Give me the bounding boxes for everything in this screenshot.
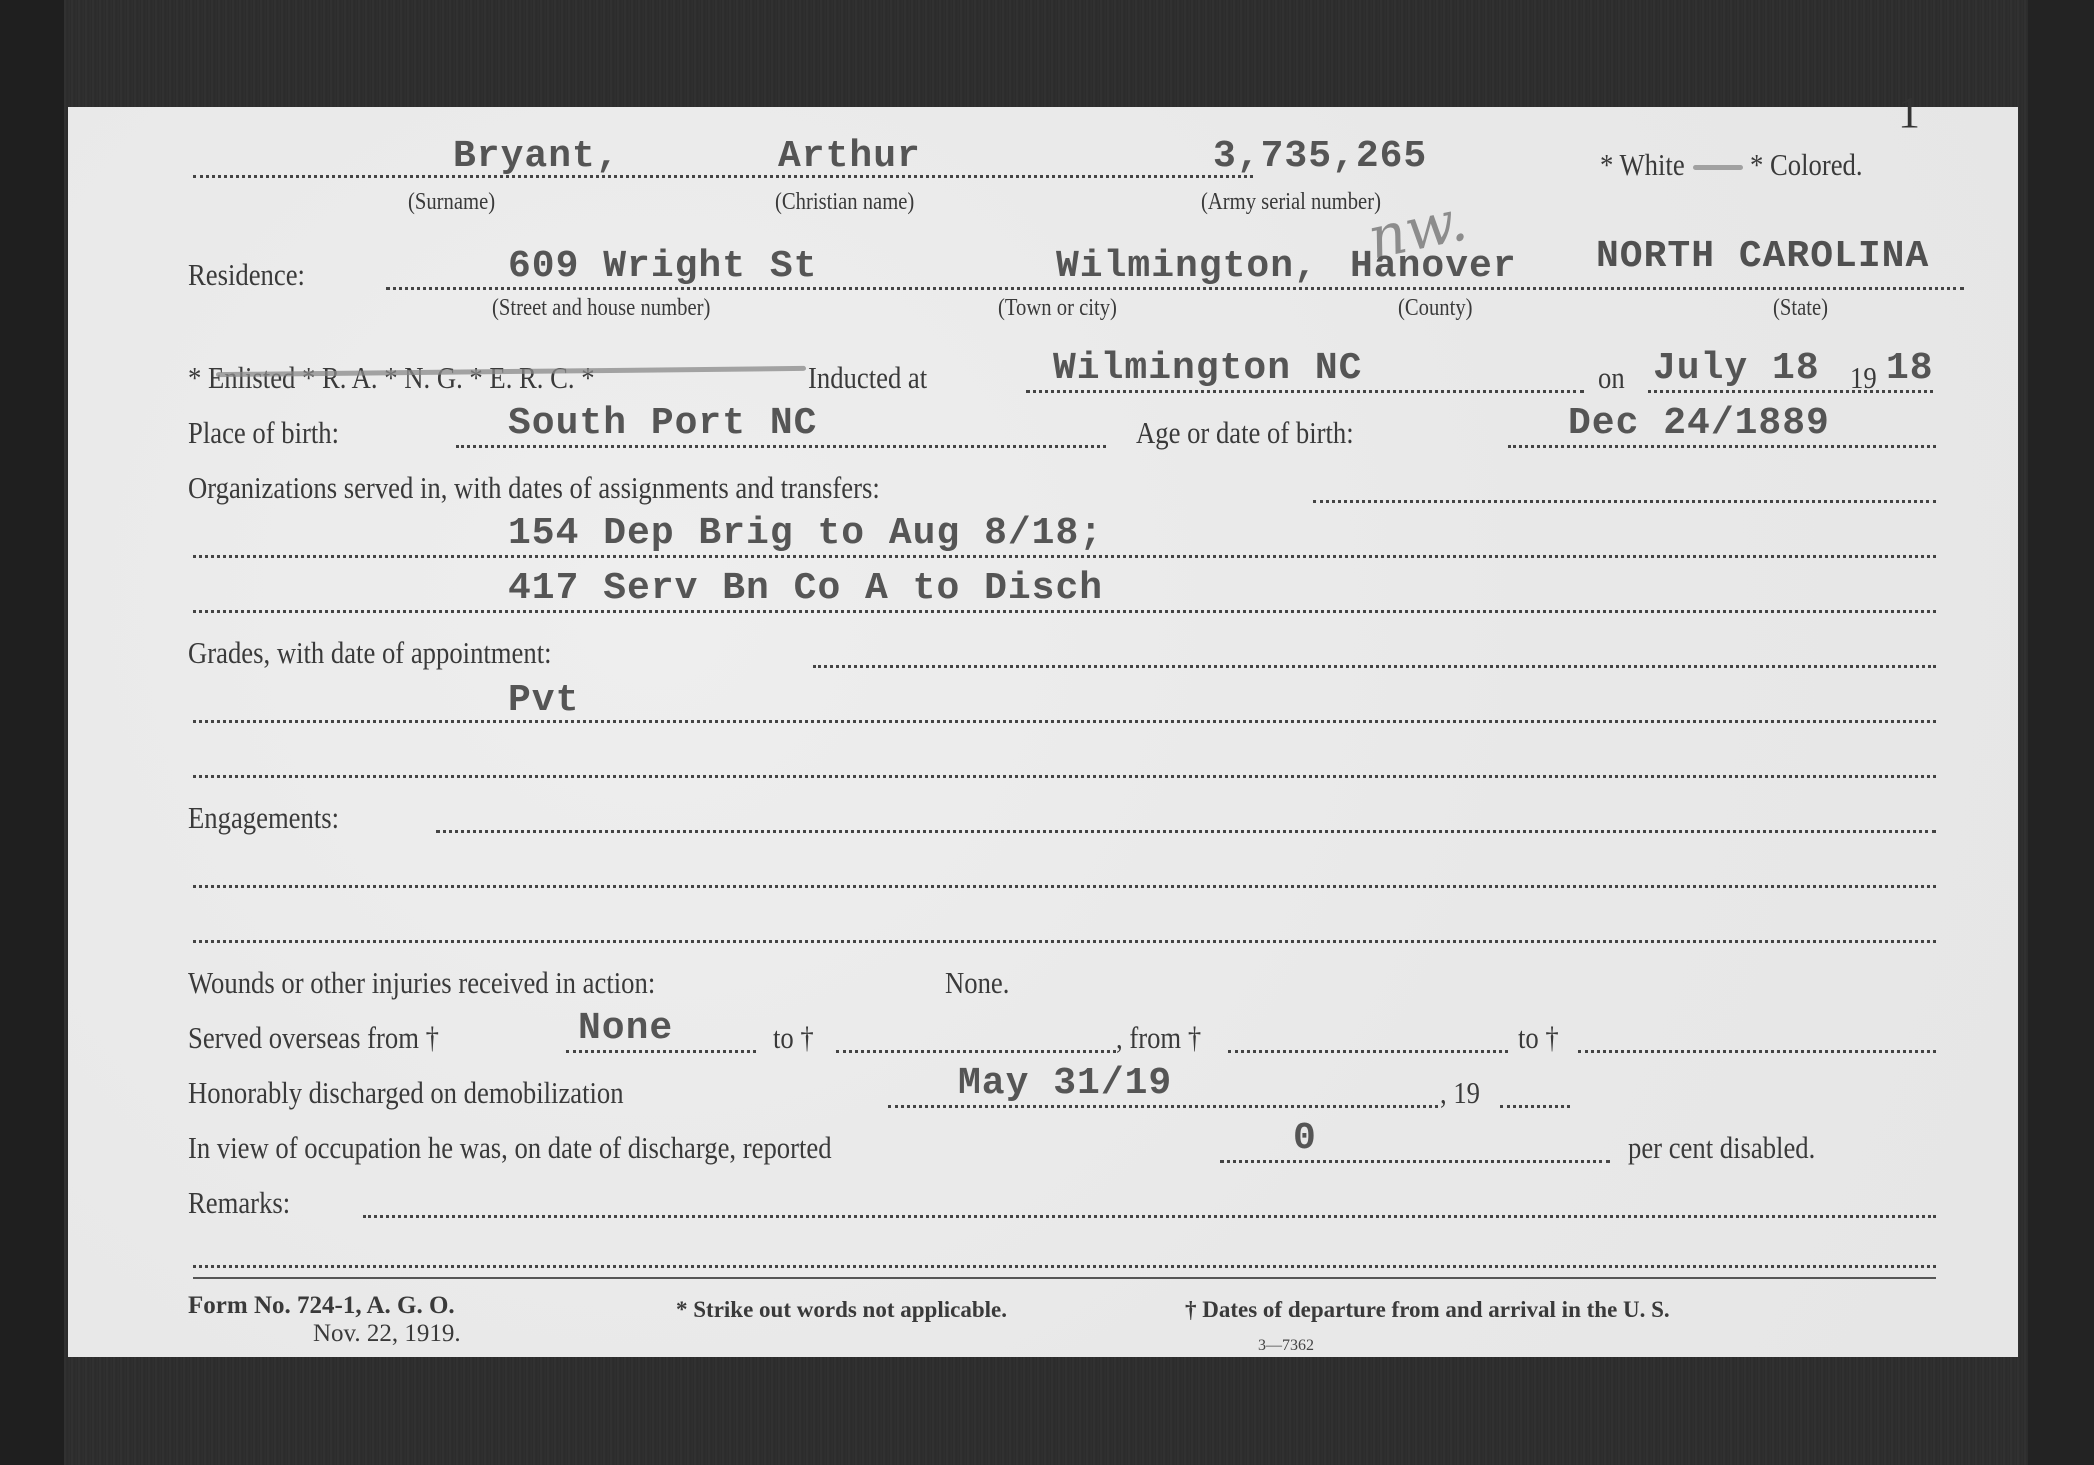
scan-border-right: [2028, 0, 2094, 1465]
remarks-label: Remarks:: [188, 1185, 290, 1221]
birth-date-value: Dec 24/1889: [1568, 402, 1830, 445]
service-record-card: 1 Bryant, Arthur 3,735,265 * White * Col…: [68, 107, 2018, 1357]
christian-name-caption: (Christian name): [775, 189, 914, 216]
grades-line-2: [193, 775, 1936, 778]
surname-value: Bryant,: [453, 135, 620, 178]
form-date: Nov. 22, 1919.: [313, 1320, 461, 1348]
wounds-label: Wounds or other injuries received in act…: [188, 965, 655, 1001]
year-prefix: 19: [1850, 360, 1877, 396]
disability-line: [1220, 1160, 1610, 1163]
inducted-place-line: [1026, 390, 1584, 393]
state-value: NORTH CAROLINA: [1596, 235, 1929, 278]
discharge-year-line: [1500, 1105, 1570, 1108]
on-label: on: [1598, 360, 1625, 396]
page-mark: 1: [1898, 87, 1920, 138]
grade-entry: Pvt: [508, 679, 579, 722]
serial-number-caption: (Army serial number): [1201, 189, 1381, 216]
birth-place-value: South Port NC: [508, 402, 817, 445]
served-overseas-label: Served overseas from †: [188, 1020, 439, 1056]
dates-note: † Dates of departure from and arrival in…: [1185, 1297, 1670, 1323]
race-colored-label: * Colored.: [1750, 147, 1863, 183]
engagements-line-2: [193, 940, 1936, 943]
overseas-from-line: [566, 1050, 756, 1053]
inducted-date-value: July 18: [1653, 347, 1820, 390]
grades-line-0: [813, 665, 1936, 668]
discharge-date-line: [888, 1105, 1438, 1108]
overseas-from2-label: , from †: [1116, 1020, 1201, 1056]
surname-caption: (Surname): [408, 189, 495, 216]
inducted-date-line: [1648, 390, 1933, 393]
overseas-from2-line: [1228, 1050, 1508, 1053]
wounds-value: None.: [945, 965, 1009, 1001]
organizations-label: Organizations served in, with dates of a…: [188, 470, 880, 506]
overseas-to2-line: [1578, 1050, 1936, 1053]
christian-name-value: Arthur: [778, 135, 921, 178]
overseas-from-value: None: [578, 1007, 673, 1050]
form-number: Form No. 724-1, A. G. O.: [188, 1292, 455, 1320]
inducted-place-value: Wilmington NC: [1053, 347, 1362, 390]
overseas-to-line: [836, 1050, 1116, 1053]
remarks-line-0: [363, 1215, 1936, 1218]
county-caption: (County): [1398, 295, 1473, 322]
street-value: 609 Wright St: [508, 245, 817, 288]
town-value: Wilmington,: [1056, 245, 1318, 288]
engagements-label: Engagements:: [188, 800, 339, 836]
date-of-birth-label: Age or date of birth:: [1136, 415, 1354, 451]
engagements-line-0: [436, 830, 1936, 833]
overseas-to-label: to †: [773, 1020, 814, 1056]
inducted-at-label: Inducted at: [808, 360, 927, 396]
grades-label: Grades, with date of appointment:: [188, 635, 552, 671]
white-strikeout: [1693, 165, 1743, 170]
disability-value: 0: [1293, 1117, 1317, 1160]
discharge-year-label: , 19: [1440, 1075, 1480, 1111]
year-suffix-value: 18: [1886, 347, 1934, 390]
footer-rule: [193, 1277, 1936, 1279]
place-of-birth-label: Place of birth:: [188, 415, 339, 451]
grades-line-1: [193, 720, 1936, 723]
disability-label: In view of occupation he was, on date of…: [188, 1130, 832, 1166]
organization-entry: 417 Serv Bn Co A to Disch: [508, 567, 1103, 610]
engagements-line-1: [193, 885, 1936, 888]
name-line: [193, 175, 1253, 178]
scan-border-left: [0, 0, 64, 1465]
birth-place-line: [456, 445, 1106, 448]
enlistment-options-label: * Enlisted * R. A. * N. G. * E. R. C. *: [188, 360, 595, 396]
birth-date-line: [1508, 445, 1936, 448]
disability-suffix: per cent disabled.: [1628, 1130, 1815, 1166]
organizations-line-2: [193, 610, 1936, 613]
discharge-date-value: May 31/19: [958, 1062, 1172, 1105]
organizations-line-0: [1313, 500, 1936, 503]
organizations-line-1: [193, 555, 1936, 558]
overseas-to2-label: to †: [1518, 1020, 1559, 1056]
strike-note: * Strike out words not applicable.: [676, 1297, 1007, 1323]
county-value: Hanover: [1350, 245, 1517, 288]
organization-entry: 154 Dep Brig to Aug 8/18;: [508, 512, 1103, 555]
town-caption: (Town or city): [998, 295, 1117, 322]
print-code: 3—7362: [1258, 1337, 1314, 1355]
discharge-label: Honorably discharged on demobilization: [188, 1075, 624, 1111]
race-white-label: * White: [1600, 147, 1685, 183]
serial-number-value: 3,735,265: [1213, 135, 1427, 178]
state-caption: (State): [1773, 295, 1828, 322]
remarks-line-1: [193, 1265, 1936, 1268]
residence-label: Residence:: [188, 257, 305, 293]
street-caption: (Street and house number): [492, 295, 710, 322]
